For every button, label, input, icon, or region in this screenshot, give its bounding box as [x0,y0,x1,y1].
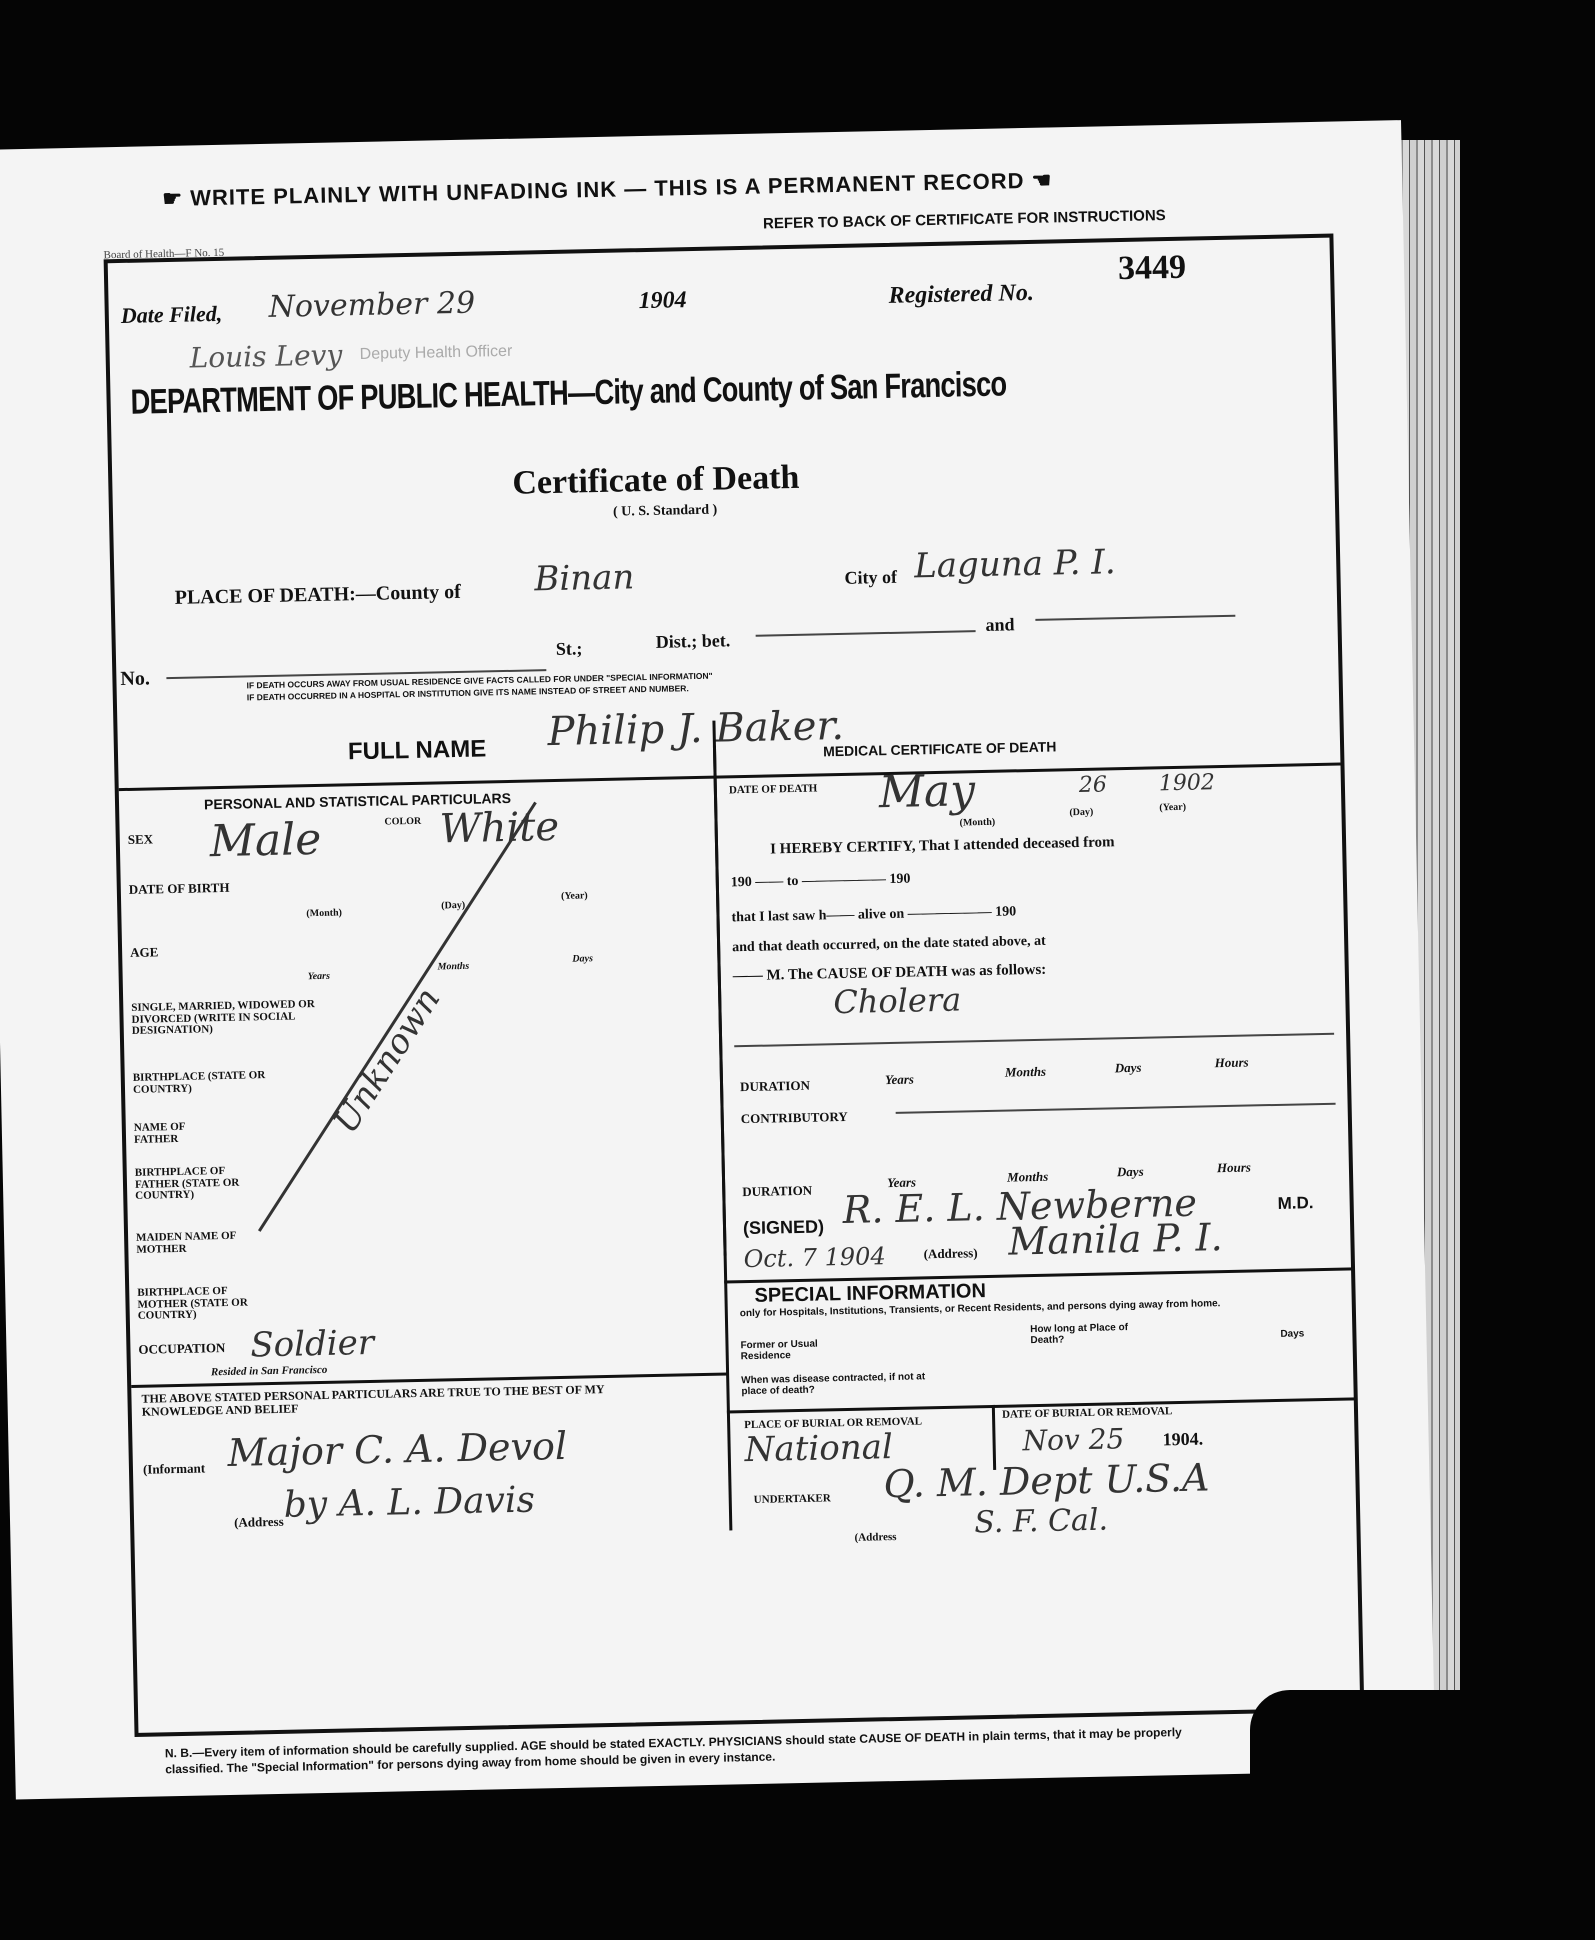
death-month: May [878,765,975,818]
birthplace-label: BIRTHPLACE (State or Country) [133,1070,273,1096]
death-year: 1902 [1159,770,1216,796]
burial-year: 1904. [1162,1429,1203,1451]
certify-text: I HEREBY CERTIFY, That I attended deceas… [770,834,1115,858]
undertaker-value: Q. M. Dept U.S.A [883,1455,1210,1506]
duration-hours: Hours [1215,1055,1249,1072]
dob-year-caption: (Year) [561,891,588,902]
us-standard: ( U. S. Standard ) [613,503,718,521]
book-fold-shadow [1250,1690,1595,1940]
signed-date: Oct. 7 1904 [743,1242,886,1273]
contracted-label: When was disease contracted, if not at p… [741,1371,941,1397]
place-of-death-label: PLACE OF DEATH:—County of [175,581,462,610]
filed-by-title: Deputy Health Officer [359,343,512,364]
certificate-page: ☛ WRITE PLAINLY WITH UNFADING INK — THIS… [0,120,1436,1799]
duration-2-label: DURATION [742,1184,812,1199]
age-label: AGE [130,945,158,959]
informant-address: by A. L. Davis [283,1480,535,1526]
sex-value: Male [209,814,321,867]
last-saw-alive: that I last saw h—— alive on —————— 190 [731,904,1016,926]
duration-years: Years [885,1072,914,1089]
father-name-label: NAME OF FATHER [134,1121,224,1146]
physician-address: Manila P. I. [1008,1215,1223,1263]
father-birthplace-label: BIRTHPLACE OF FATHER (State or Country) [135,1165,266,1202]
full-name-label: FULL NAME [348,735,487,766]
department-title: DEPARTMENT OF PUBLIC HEALTH—City and Cou… [130,364,1007,422]
dob-label: DATE OF BIRTH [129,881,230,897]
informant-label: (Informant [143,1461,205,1476]
attended-dates: 190 —— to —————— 190 [731,872,911,892]
city-label: City of [844,567,897,589]
contributory-label: CONTRIBUTORY [741,1110,848,1126]
pointing-hand-icon: ☛ [162,185,190,211]
physician-address-label: (Address) [923,1245,977,1262]
unknown-annotation: Unknown [326,981,449,1141]
md-label: M.D. [1277,1193,1313,1214]
city-value: Laguna P. I. [914,542,1116,586]
filed-by-signature: Louis Levy [189,338,342,374]
color-label: COLOR [384,817,421,828]
signed-label: (SIGNED) [743,1216,824,1239]
undertaker-address-label: (Address [854,1532,896,1544]
registered-label: Registered No. [888,280,1034,310]
former-residence-label: Former or Usual Residence [740,1338,850,1362]
street-label: St.; [556,638,583,660]
undertaker-label: UNDERTAKER [754,1493,831,1506]
registered-number: 3449 [1118,249,1187,288]
mother-name-label: MAIDEN NAME OF MOTHER [136,1230,266,1256]
burial-place-value: National [744,1427,893,1470]
death-day: 26 [1079,772,1108,798]
county-value: Binan [534,557,635,599]
certificate-title: Certificate of Death [512,459,800,503]
street-no-label: No. [120,667,150,691]
pointing-hand-icon: ☚ [1024,167,1052,193]
certificate-frame: Date Filed, November 29 1904 Registered … [104,234,1365,1737]
sex-label: SEX [128,832,154,846]
informant-address-label: (Address [234,1515,284,1530]
age-days-caption: Days [572,953,593,964]
death-month-caption: (Month) [960,818,996,829]
burial-date-value: Nov 25 [1022,1422,1124,1457]
dob-day-caption: (Day) [441,901,465,912]
mother-birthplace-label: BIRTHPLACE OF MOTHER (State or Country) [137,1285,268,1322]
color-value: White [439,804,559,852]
date-filed-year: 1904 [638,287,687,315]
how-long-days: Days [1280,1328,1304,1339]
age-years-caption: Years [308,971,330,982]
duration-label: DURATION [740,1079,810,1094]
occupation-label: OCCUPATION [138,1341,225,1356]
duration-2-hours: Hours [1217,1159,1251,1176]
duration-months: Months [1005,1064,1047,1081]
refer-instructions: REFER TO BACK OF CERTIFICATE FOR INSTRUC… [763,207,1166,232]
informant-value: Major C. A. Devol [227,1424,567,1475]
and-label: and [985,614,1014,636]
date-filed-value: November 29 [268,286,475,325]
full-name-value: Philip J. Baker. [547,703,844,755]
undertaker-address: S. F. Cal. [974,1503,1108,1541]
banner: ☛ WRITE PLAINLY WITH UNFADING INK — THIS… [162,167,1053,212]
duration-days: Days [1115,1060,1142,1077]
marital-label: SINGLE, MARRIED, WIDOWED OR DIVORCED (Wr… [131,999,332,1038]
burial-date-label: DATE of BURIAL or REMOVAL [1002,1406,1173,1421]
occupation-value: Soldier [250,1323,374,1366]
cause-of-death-value: Cholera [833,981,962,1022]
date-of-death-label: DATE OF DEATH [729,783,818,796]
duration-2-days: Days [1117,1164,1144,1181]
death-day-caption: (Day) [1069,808,1093,819]
attestation: THE ABOVE STATED PERSONAL PARTICULARS AR… [141,1383,621,1418]
death-occurred-text: and that death occurred, on the date sta… [732,934,1046,957]
how-long-label: How long at Place of Death? [1030,1322,1150,1347]
dob-month-caption: (Month) [306,908,342,919]
age-months-caption: Months [437,961,469,973]
date-filed-label: Date Filed, [121,301,223,329]
district-label: Dist.; bet. [656,630,731,653]
medical-heading: MEDICAL CERTIFICATE OF DEATH [823,738,1057,759]
resided-label: Resided in San Francisco [211,1364,328,1378]
death-year-caption: (Year) [1159,803,1186,814]
